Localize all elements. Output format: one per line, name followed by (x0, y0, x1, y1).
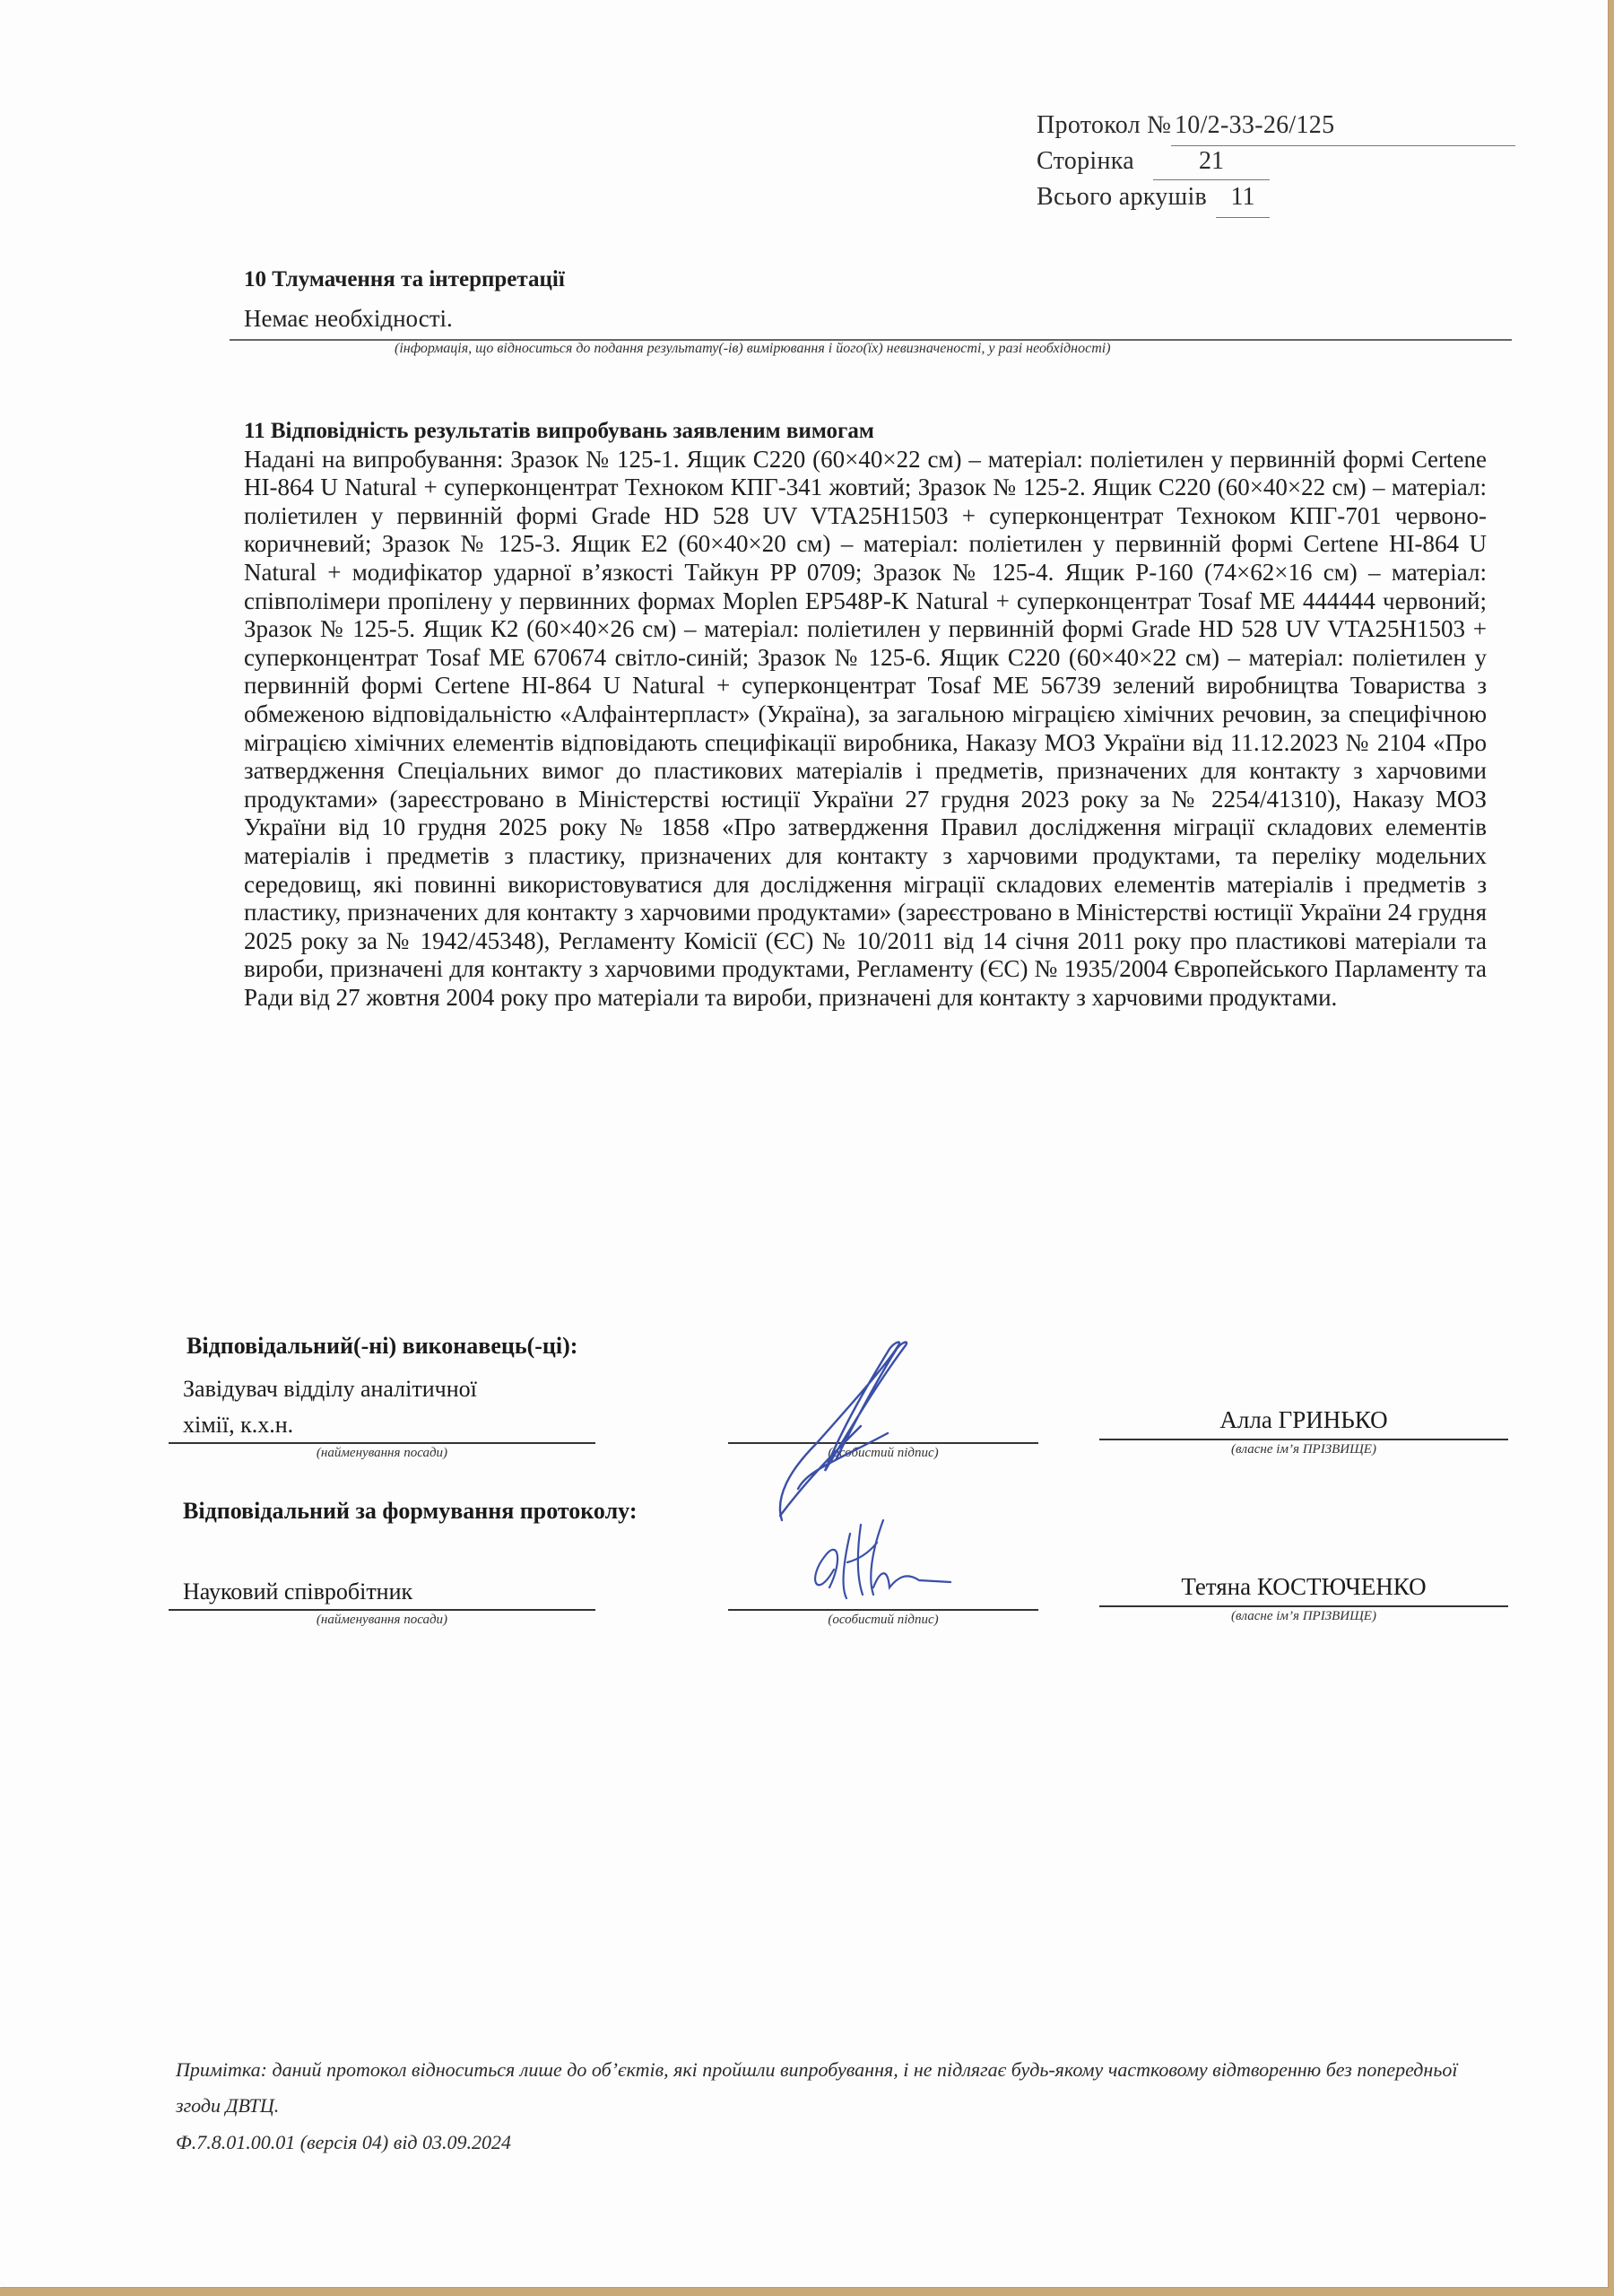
author-position-caption: (найменування посади) (169, 1613, 595, 1628)
author-signature-scribble-icon (807, 1516, 986, 1605)
executor-name: Алла ГРИНЬКО (1099, 1406, 1508, 1434)
executor-position-line (169, 1442, 595, 1444)
section-11-text: Надані на випробування: Зразок № 125-1. … (244, 446, 1487, 1011)
section-11-title: 11 Відповідність результатів випробувань… (244, 417, 1487, 446)
author-name-line (1099, 1605, 1508, 1607)
section-10-hint: (інформація, що відноситься до подання р… (395, 341, 1111, 357)
executors-heading: Відповідальний(-ні) виконавець(-ці): (187, 1333, 577, 1360)
executor-name-caption: (власне ім’я ПРІЗВИЩЕ) (1099, 1442, 1508, 1457)
total-sheets-label: Всього аркушів (1037, 183, 1207, 212)
footer-note: Примітка: даний протокол відноситься лиш… (176, 2052, 1494, 2124)
executor-name-line (1099, 1439, 1508, 1440)
section-11: 11 Відповідність результатів випробувань… (244, 417, 1487, 1012)
author-name: Тетяна КОСТЮЧЕНКО (1099, 1573, 1508, 1601)
author-signature-line (728, 1609, 1038, 1611)
section-10-title: 10 Тлумачення та інтерпретації (244, 267, 565, 292)
executor-signature-scribble-icon (771, 1336, 950, 1525)
author-position: Науковий співробітник (183, 1578, 412, 1605)
protocol-number-label: Протокол № (1037, 111, 1171, 140)
author-position-line (169, 1609, 595, 1611)
document-page: Протокол № 10/2-33-26/125 Сторінка 21 Вс… (0, 0, 1608, 2287)
form-code: Ф.7.8.01.00.01 (версія 04) від 03.09.202… (176, 2131, 511, 2154)
executor-position-caption: (найменування посади) (169, 1446, 595, 1461)
executor-position-line1: Завідувач відділу аналітичної (183, 1376, 477, 1403)
protocol-number-value: 10/2-33-26/125 (1175, 111, 1334, 140)
author-heading: Відповідальний за формування протоколу: (183, 1498, 637, 1525)
author-signature-caption: (особистий підпис) (728, 1613, 1038, 1628)
author-name-caption: (власне ім’я ПРІЗВИЩЕ) (1099, 1609, 1508, 1624)
page-label: Сторінка (1037, 147, 1134, 176)
protocol-number-underline (1171, 145, 1515, 146)
section-10-value: Немає необхідності. (244, 305, 453, 333)
page-number-value: 21 (1153, 147, 1270, 176)
page-number-underline (1153, 179, 1270, 180)
executor-position-line2: хімії, к.х.н. (183, 1412, 293, 1439)
total-sheets-value: 11 (1216, 183, 1270, 212)
total-sheets-underline (1216, 217, 1270, 218)
